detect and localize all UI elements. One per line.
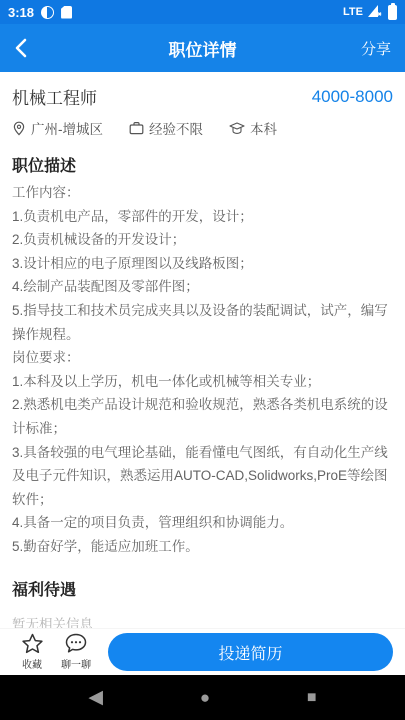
chat-button[interactable]: 聊一聊: [56, 633, 96, 671]
job-location-label: 广州-增城区: [31, 118, 103, 138]
chat-bubble-icon: [64, 633, 88, 655]
description-body: 工作内容： 1.负责机电产品，零部件的开发，设计； 2.负责机械设备的开发设计；…: [12, 181, 393, 559]
star-icon: [21, 633, 44, 655]
data-saver-icon: [41, 6, 54, 19]
favorite-button[interactable]: 收藏: [12, 633, 52, 671]
back-button[interactable]: [14, 38, 27, 58]
job-experience: 经验不限: [129, 118, 203, 138]
job-experience-label: 经验不限: [149, 118, 203, 138]
sim-card-icon: [61, 6, 72, 19]
status-bar: 3:18 LTE: [0, 0, 405, 24]
share-button[interactable]: 分享: [361, 38, 391, 59]
job-location: 广州-增城区: [12, 118, 103, 138]
bottom-action-bar: 收藏 聊一聊 投递简历: [0, 628, 405, 675]
favorite-label: 收藏: [22, 656, 42, 671]
job-education-label: 本科: [250, 118, 277, 138]
job-education: 本科: [229, 118, 277, 138]
graduation-cap-icon: [229, 122, 245, 135]
status-time: 3:18: [8, 5, 34, 20]
battery-icon: [388, 5, 397, 20]
nav-recents-icon[interactable]: ■: [307, 690, 317, 706]
job-meta-row: 广州-增城区 经验不限 本科: [12, 118, 393, 138]
apply-button[interactable]: 投递简历: [108, 633, 393, 671]
android-nav-bar: ◀ ● ■: [0, 675, 405, 720]
job-detail-content: 机械工程师 4000-8000 广州-增城区 经验不限 本科 职位描述 工作内容…: [0, 72, 405, 671]
job-title-row: 机械工程师 4000-8000: [12, 72, 393, 109]
location-pin-icon: [12, 121, 26, 136]
job-salary: 4000-8000: [312, 87, 393, 107]
chevron-left-icon: [14, 38, 27, 58]
description-heading: 职位描述: [12, 153, 393, 176]
nav-home-icon[interactable]: ●: [200, 689, 210, 706]
briefcase-icon: [129, 121, 144, 135]
network-type-label: LTE: [343, 6, 363, 18]
app-header: 职位详情 分享: [0, 24, 405, 72]
job-title: 机械工程师: [12, 84, 97, 109]
benefits-heading: 福利待遇: [12, 577, 393, 600]
phone-screen: 3:18 LTE 职位详情 分享 机械工程师 4000-8000 广州-增: [0, 0, 405, 720]
nav-back-icon[interactable]: ◀: [88, 688, 103, 707]
page-title: 职位详情: [0, 36, 405, 61]
signal-x-icon: [367, 4, 382, 21]
status-bar-right: LTE: [343, 4, 397, 21]
chat-label: 聊一聊: [61, 656, 91, 671]
status-bar-left: 3:18: [8, 5, 72, 20]
